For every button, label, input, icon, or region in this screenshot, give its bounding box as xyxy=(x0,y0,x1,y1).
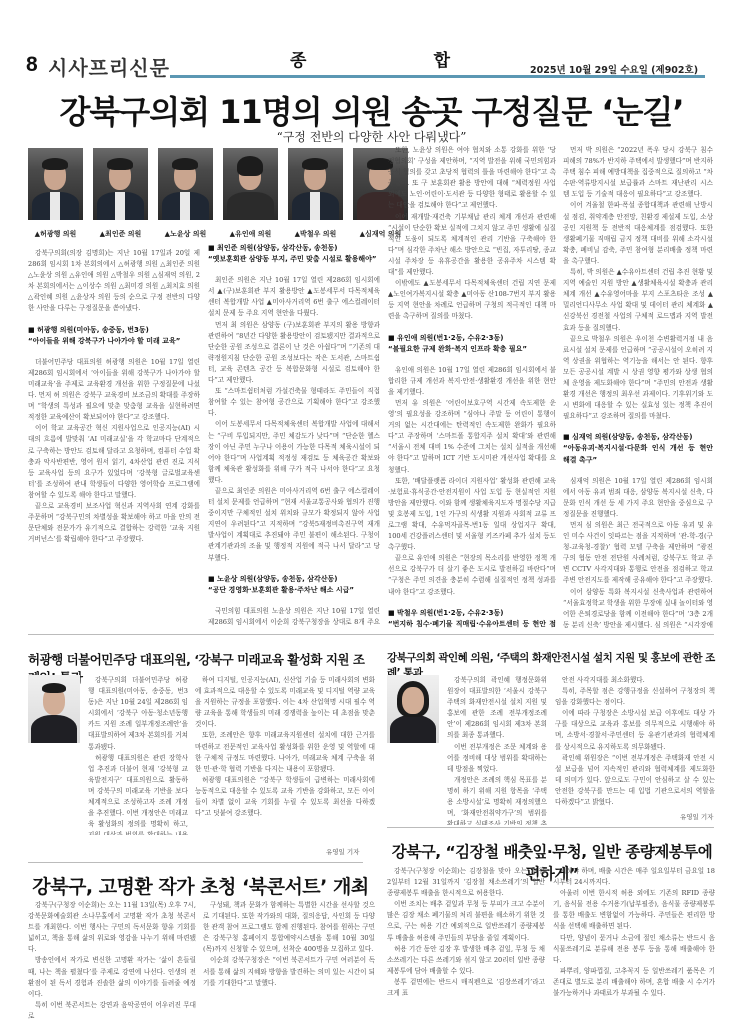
paragraph: 국민의힘 대표의원 노윤상 의원은 지난 10월 17일 열린 제286회 임시… xyxy=(208,606,380,628)
article-bookconcert-column-1: 강북구(구청장 이순희)는 오는 11월 13일(목) 오후 7시, 강북문화예… xyxy=(28,900,196,1020)
paragraph: 먼저 박 의원은 “2022년 폭우 당시 강북구 침수 피해의 78%가 반지… xyxy=(563,145,713,200)
paragraph: 기해야 하며, 배출 시간은 매주 일요일부터 금요일 18시부터 24시까지다… xyxy=(553,866,715,888)
paragraph: 안전 사각지대를 최소화했다. xyxy=(555,675,715,686)
paragraph: 먼저 심 의원은 최근 전국적으로 아동 유괴 및 유인 미수 사건이 잇따르는… xyxy=(563,520,713,587)
photo-caption: ▲노윤상 의원 xyxy=(158,229,213,239)
photo-choi xyxy=(93,148,148,220)
paragraph: 허용 기간 동안 김장 후 발생한 배추 겉잎, 무청 등 채소쓰레기는 다른 … xyxy=(387,944,545,977)
subhead-sim: ■ 심재억 의원(삼양동, 송천동, 삼각산동) xyxy=(563,432,713,443)
section-divider xyxy=(387,827,714,828)
paragraph: 곽인혜 위원장은 “이번 전부개정은 주택화재 안전 시설 보급을 넘어 지속적… xyxy=(555,753,715,808)
lead-column-2: ■ 최인준 의원(삼양동, 삼각산동, 송천동) “옛보훈회관 삼양동 부지, … xyxy=(208,243,380,628)
paragraph: 끝으로 교육경비 보조사업 혁신과 지역사회 연계 강화를 주문하며 “강북구민… xyxy=(28,501,200,545)
article-heo-column-1: 강북구의회 더불어민주당 허광행 대표의원(미아동, 송중동, 번3동)은 지난… xyxy=(88,675,188,835)
paragraph: 이어 재개발·재건축 기부채납 관리 체계 개선과 관련해 “시설이 단순한 확… xyxy=(388,212,556,279)
issue-date: 2025년 10월 29일 수요일 (제902호) xyxy=(530,62,698,76)
subhead-choi: ■ 최인준 의원(삼양동, 삼각산동, 송천동) xyxy=(208,243,380,254)
photo-caption: ▲최인준 의원 xyxy=(93,229,148,239)
paragraph: 먼저 최 의원은 삼양동 (구)보훈회관 부지의 활용 방향과 관련하여 “8년… xyxy=(208,320,380,387)
lead-column-3: 또한, 노윤상 의원은 여야 협치와 소통 강화를 위한 ‘당정협의회’ 구성을… xyxy=(388,145,556,628)
paragraph: 특히, 박 의원은 ▲수유아트센터 건립 추진 현황 및 지역 예술인 지원 방… xyxy=(563,267,713,334)
paragraph: 허광행 대표의원은 관련 장학사업 추진과 더불어 현재 ‘강북형 교육발전지구… xyxy=(88,753,188,835)
lead-column-1: 강북구의회(의장 김명희)는 지난 10월 17일과 20일 제286회 임시회… xyxy=(28,248,200,628)
paragraph: 이에 따라 구청장은 소방시설 보급 이후에도 대상 가구를 대상으로 교육과 … xyxy=(555,708,715,752)
paragraph: 이번 조치는 배추 겉잎과 무청 등 부피가 크고 수분이 많은 김장 채소 폐… xyxy=(387,899,545,943)
subhead-noh-quote: “공단 경영화·보훈회관 활용·주차난 해소 시급” xyxy=(208,585,380,596)
paragraph: 또한, 노윤상 의원은 여야 협치와 소통 강화를 위한 ‘당정협의회’ 구성을… xyxy=(388,145,556,212)
byline: 유영일 기자 xyxy=(680,812,713,821)
paragraph: 봉투 겉면에는 반드시 매직펜으로 ‘김장쓰레기’라고 크게 표 xyxy=(387,977,545,999)
paragraph: 강북구의회 더불어민주당 허광행 대표의원(미아동, 송중동, 번3동)은 지난… xyxy=(88,675,188,753)
subhead-yoo: ■ 유인애 의원(번1·2동, 수유2·3동) xyxy=(388,333,556,344)
subhead-park: ■ 박철우 의원(번1·2동, 수유2·3동) xyxy=(388,608,556,619)
paragraph: 특히 이번 북콘서트는 강연과 음악공연이 어우러진 무대로 xyxy=(28,1000,196,1020)
paragraph: 개정안은 조례의 핵심 목표를 분명히 하기 위해 지원 항목을 ‘주택용 소방… xyxy=(447,775,547,825)
paragraph: 아울러 이번 한시적 허용 외에도 기존의 RFID 종량기, 음식물 전용 수… xyxy=(553,888,715,932)
paragraph: 최인준 의원은 지난 10월 17일 열린 제286회 임시회에서 ▲(구)보훈… xyxy=(208,275,380,319)
paragraph: 유인애 의원은 10월 17일 열린 제286회 임시회에서 불합리한 규제 개… xyxy=(388,365,556,398)
paragraph: 먼저 유 의원은 ‘어린이보호구역 시간제 속도제한 운영’의 필요성을 강조하… xyxy=(388,398,556,476)
paragraph: 허광행 대표의원은 “강북구 학생들이 급변하는 미래사회에 능동적으로 대응할… xyxy=(195,775,375,819)
subhead-heo: ■ 허광행 의원(미아동, 송중동, 번3동) xyxy=(28,325,200,336)
portrait-kwak xyxy=(387,675,439,743)
paragraph: 이밖에도 ▲도봉세무서 다목적체육센터 건립 지연 문제 ▲노인여가복지시설 확… xyxy=(388,278,556,322)
paragraph: 또한, ‘배달플랫폼 라이더 지원사업’ 활성화 관련해 교육·보험료·휴식공간… xyxy=(388,476,556,554)
photo-caption: ▲유인애 의원 xyxy=(223,229,278,239)
paragraph: 끝으로 최인준 의원은 미아사거리역 6번 출구 에스컬레이터 설치 문제를 언… xyxy=(208,486,380,564)
photo-caption: ▲박철우 의원 xyxy=(288,229,343,239)
paragraph: 다만, 양념이 묻거나 소금에 절인 채소류는 반드시 음식물쓰레기로 분류해 … xyxy=(553,933,715,966)
paragraph: 끝으로 박철우 의원은 우이천 수변활력거점 내 음료시설 설치 문제를 언급하… xyxy=(563,334,713,423)
paragraph: 이순희 강북구청장은 “이번 북콘서트가 구민 여러분이 독서를 통해 삶의 지… xyxy=(203,955,375,988)
photo-caption: ▲허광행 의원 xyxy=(28,229,83,239)
paragraph: 심재억 의원은 10월 17일 열린 제286회 임시회에서 아동 유괴 범죄 … xyxy=(563,476,713,520)
paragraph: 특히, 주목할 점은 강행규정을 신설하여 구청장의 책임을 강화했다는 점이다… xyxy=(555,686,715,708)
subhead-sim-quote: “아동유괴·복지시설·다문화 인식 개선 등 현안 해결 촉구” xyxy=(563,443,713,465)
subhead-park-quote: “번지하 침수·폐기물 직매립·수유아트센터 등 현안 점검” xyxy=(388,619,556,628)
article-kwak-column-1: 강북구의회 곽인혜 행정문화위원장이 대표발의한 ‘서울시 강북구 주택의 화재… xyxy=(447,675,547,825)
byline: 유영일 기자 xyxy=(326,847,359,856)
paragraph: 이어 삼양동 특화 복지시설 신축사업과 관련하여 “서울효정학교 학생을 위한… xyxy=(563,587,713,628)
paragraph: 방송인에서 작가로 변신한 고명환 작가는 ‘삶이 흔들릴 때, 나는 책을 펼… xyxy=(28,955,196,999)
paragraph: 강북구(구청장 이순희)는 김장철을 맞아 오는 11월 2일부터 12월 31… xyxy=(387,866,545,899)
photo-park xyxy=(288,148,343,220)
subhead-yoo-quote: “불필요한 규제 완화·복지 인프라 확충 필요” xyxy=(388,344,556,355)
lead-intro: 강북구의회(의장 김명희)는 지난 10월 17일과 20일 제286회 임시회… xyxy=(28,248,200,315)
page-number: 8 xyxy=(26,53,38,77)
article-bookconcert-column-2: 구성돼, 책과 문화가 함께하는 특별한 시간을 선사할 것으로 기대된다. 또… xyxy=(203,900,375,1020)
paragraph: 끝으로 유인애 의원은 “현장의 목소리를 반영한 정책 개선으로 강북구가 더… xyxy=(388,553,556,597)
subhead-heo-quote: “아이들을 위해 강북구가 나아가야 할 미래 교육” xyxy=(28,336,200,347)
photo-heo xyxy=(28,148,83,220)
section-char-2: 합 xyxy=(434,46,450,71)
photo-yoo xyxy=(223,148,278,220)
paragraph: 파뿌리, 양파껍질, 고추꼭지 등 일반쓰레기 품목은 기존대로 별도로 분리 … xyxy=(553,966,715,999)
article-heo-column-2: 하여 디지털, 인공지능(AI), 신산업 기술 등 미래사회의 변화에 효과적… xyxy=(195,675,375,825)
paragraph: 하여 디지털, 인공지능(AI), 신산업 기술 등 미래사회의 변화에 효과적… xyxy=(195,675,375,730)
subhead-choi-quote: “옛보훈회관 삼양동 부지, 주민 맞춤 시설로 활용해야” xyxy=(208,254,380,265)
lead-subheadline: “구정 전반의 다양한 사안 다뤄냈다” xyxy=(0,128,743,145)
paragraph: 구성돼, 책과 문화가 함께하는 특별한 시간을 선사할 것으로 기대된다. 또… xyxy=(203,900,375,955)
paragraph: 강북구의회 곽인혜 행정문화위원장이 대표발의한 ‘서울시 강북구 주택의 화재… xyxy=(447,675,547,742)
paragraph: 또한, 조례안은 향후 미래교육지원센터 설치에 대한 근거를 마련하고 전문적… xyxy=(195,730,375,774)
paragraph: 더불어민주당 대표의원 허광행 의원은 10월 17일 열린 제286회 임시회… xyxy=(28,357,200,424)
photo-noh xyxy=(158,148,213,220)
article-kimjang-column-1: 강북구(구청장 이순희)는 김장철을 맞아 오는 11월 2일부터 12월 31… xyxy=(387,866,545,1016)
article-headline-bookconcert: 강북구, 고명환 작가 초청 ‘북콘서트’ 개최 xyxy=(28,872,373,899)
section-char-1: 종 xyxy=(290,46,306,71)
paragraph: 이어 학교 교육공간 혁신 지원사업으로 인공지능(AI) 시대의 흐름에 발맞… xyxy=(28,423,200,501)
article-kwak-column-2: 안전 사각지대를 최소화했다. 특히, 주목할 점은 강행규정을 신설하여 구청… xyxy=(555,675,715,810)
section-title: 종 합 xyxy=(290,46,450,71)
paragraph: 이어 도봉세무서 다목적체육센터 복합개발 사업에 대해서는 “구비 투입되지만… xyxy=(208,419,380,486)
article-kimjang-column-2: 기해야 하며, 배출 시간은 매주 일요일부터 금요일 18시부터 24시까지다… xyxy=(553,866,715,1016)
photo-caption-row: ▲허광행 의원 ▲최인준 의원 ▲노윤상 의원 ▲유인애 의원 ▲박철우 의원 … xyxy=(28,229,408,239)
councilor-photo-row xyxy=(28,148,408,220)
paragraph: 이어 겨울철 한파·폭설 종합대책과 관련해 난방시설 점검, 취약계층 안전망… xyxy=(563,200,713,267)
section-divider xyxy=(28,634,714,635)
paragraph: 이번 전부개정은 조문 체계와 용어를 정비해 대상 범위를 확대하는 데 방점… xyxy=(447,742,547,775)
paragraph: 강북구(구청장 이순희)는 오는 11월 13일(목) 오후 7시, 강북문화예… xyxy=(28,900,196,955)
lead-headline: 강북구의회 11명의 의원 송곳 구정질문 ‘눈길’ xyxy=(0,87,743,133)
subhead-noh: ■ 노윤상 의원(삼양동, 송천동, 삼각산동) xyxy=(208,574,380,585)
section-divider xyxy=(28,862,363,863)
paragraph: 또 “스마트쉼터처럼 가설건축물 형태라도 주민들이 직접 참여할 수 있는 참… xyxy=(208,386,380,419)
lead-column-4: 먼저 박 의원은 “2022년 폭우 당시 강북구 침수 피해의 78%가 반지… xyxy=(563,145,713,628)
newspaper-logo: 시사프리신문 xyxy=(48,52,170,81)
portrait-heo xyxy=(28,675,80,743)
